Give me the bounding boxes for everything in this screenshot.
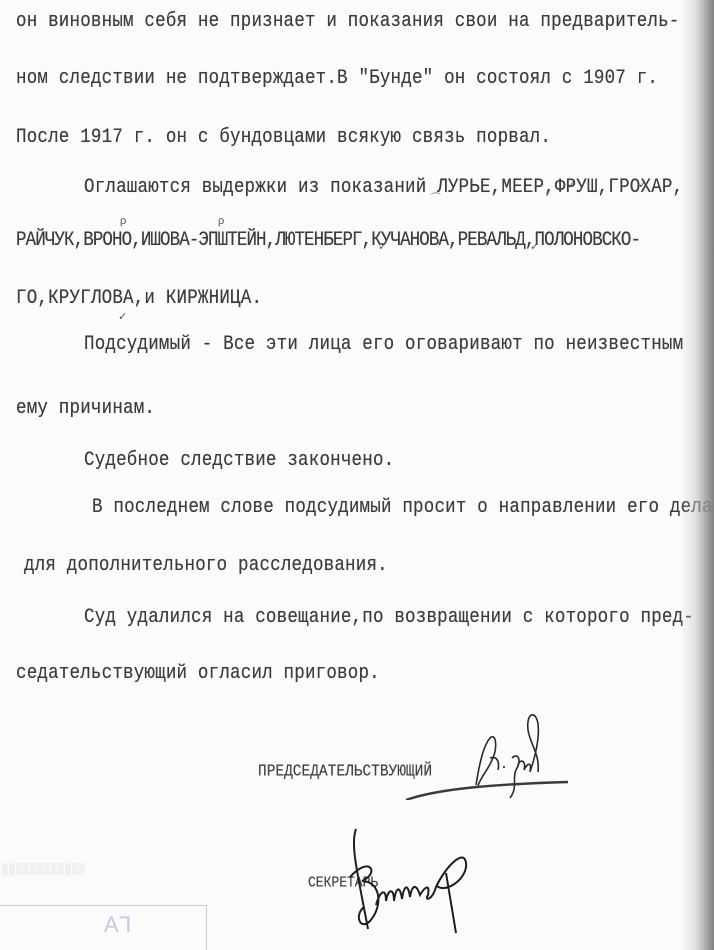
chairman-signature bbox=[400, 700, 580, 800]
text-line: Суд удалился на совещание,по возвращении… bbox=[84, 606, 694, 629]
text-line: В последнем слове подсудимый просит о на… bbox=[92, 496, 713, 519]
text-line: ему причинам. bbox=[16, 397, 155, 420]
text-line: После 1917 г. он с бундовцами всякую свя… bbox=[16, 126, 551, 149]
text-line: ГО,КРУГЛОВА,и КИРЖНИЦА. bbox=[16, 287, 262, 310]
text-line: он виновным себя не признает и показания… bbox=[16, 10, 680, 33]
check-mark: ✓ bbox=[530, 240, 539, 253]
check-mark: ✓ bbox=[118, 310, 127, 323]
check-mark: ⌒ bbox=[430, 190, 441, 206]
text-line: РАЙЧУК,ВРОНО,ИШОВА-ЭПШТЕЙН,ЛЮТЕНБЕРГ,КУЧ… bbox=[16, 229, 640, 252]
check-mark: ✓ bbox=[638, 178, 647, 191]
scanned-document-page: он виновным себя не признает и показания… bbox=[0, 0, 714, 950]
page-edge-shadow bbox=[680, 0, 714, 950]
secretary-signature bbox=[340, 825, 510, 935]
archive-stamp-text: ГА bbox=[102, 912, 131, 938]
check-mark: ρ bbox=[120, 215, 126, 227]
text-line: Оглашаются выдержки из показаний ЛУРЬЕ,М… bbox=[84, 176, 683, 199]
text-line: для дополнительного расследования. bbox=[24, 554, 388, 577]
text-line: Судебное следствие закончено. bbox=[84, 449, 394, 472]
text-line: ном следствии не подтверждает.В "Бунде" … bbox=[16, 67, 658, 90]
check-mark: ✓ bbox=[378, 240, 387, 253]
text-line: Подсудимый - Все эти лица его оговариваю… bbox=[84, 333, 683, 356]
bleed-through-text: ▒▒▒▒▒▒▒▒▒▒▒▒ bbox=[2, 865, 86, 876]
text-line: седательствующий огласил приговор. bbox=[16, 662, 380, 685]
check-mark: ρ bbox=[218, 215, 224, 227]
check-mark: ✓ bbox=[567, 178, 576, 191]
